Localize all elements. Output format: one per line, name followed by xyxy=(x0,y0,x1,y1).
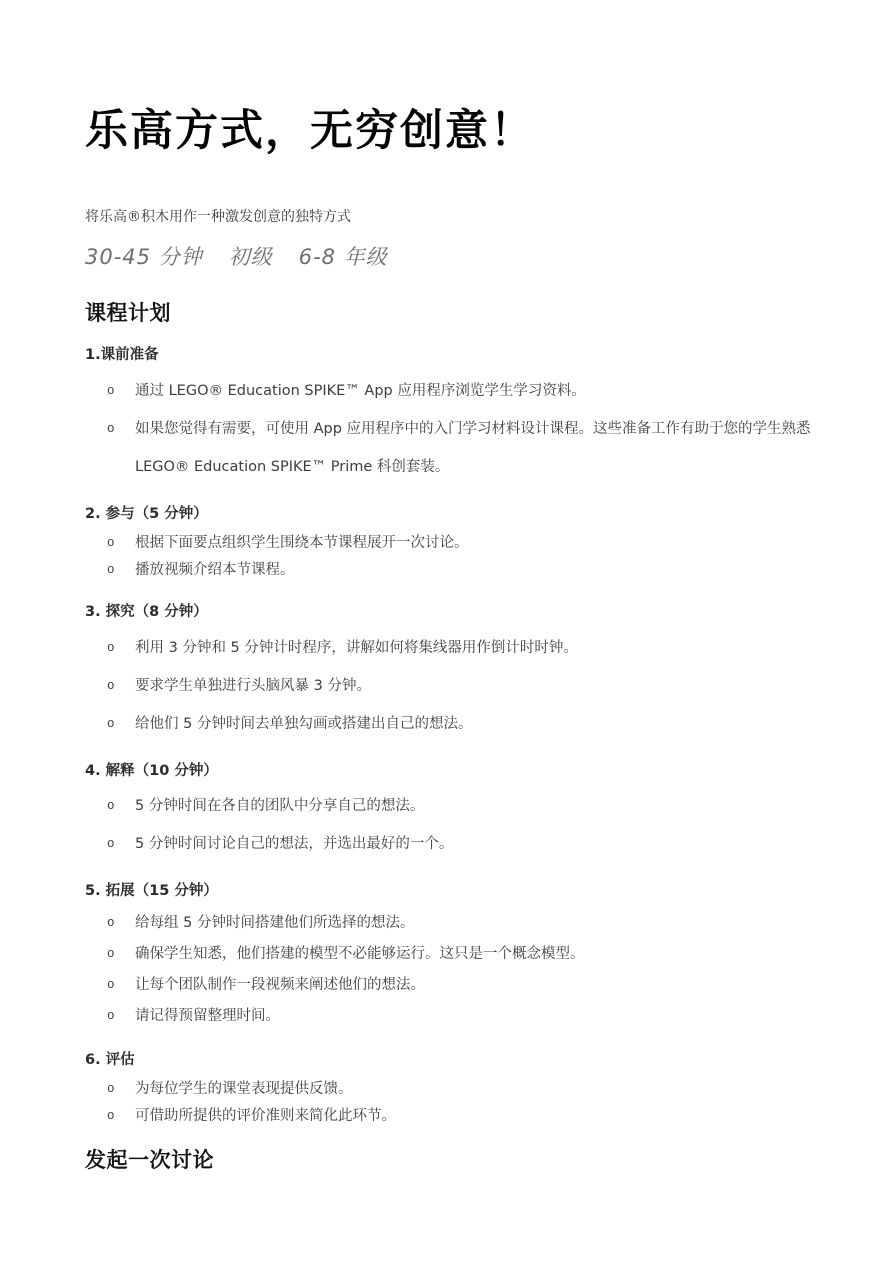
bullet-marker-icon: o xyxy=(85,372,135,410)
lesson-step: 4. 解释（10 分钟） o 5 分钟时间在各自的团队中分享自己的想法。 o 5… xyxy=(85,762,812,864)
bullet-marker-icon: o xyxy=(85,1001,135,1032)
bullet-text: 通过 LEGO® Education SPIKE™ App 应用程序浏览学生学习… xyxy=(135,372,812,410)
bullet-item: o 确保学生知悉，他们搭建的模型不必能够运行。这只是一个概念模型。 xyxy=(85,939,812,970)
discussion-heading: 发起一次讨论 xyxy=(85,1144,812,1174)
bullet-item: o 通过 LEGO® Education SPIKE™ App 应用程序浏览学生… xyxy=(85,372,812,410)
bullet-text: 要求学生单独进行头脑风暴 3 分钟。 xyxy=(135,667,812,705)
bullet-marker-icon: o xyxy=(85,705,135,743)
bullet-text: 播放视频介绍本节课程。 xyxy=(135,557,812,584)
lesson-plan-heading: 课程计划 xyxy=(85,297,812,327)
bullet-text: 为每位学生的课堂表现提供反馈。 xyxy=(135,1076,812,1103)
bullet-marker-icon: o xyxy=(85,825,135,863)
step-bullet-list: o 为每位学生的课堂表现提供反馈。 o 可借助所提供的评价准则来简化此环节。 xyxy=(85,1076,812,1130)
meta-level: 初级 xyxy=(229,241,273,271)
bullet-marker-icon: o xyxy=(85,530,135,557)
bullet-text: 5 分钟时间讨论自己的想法，并选出最好的一个。 xyxy=(135,825,812,863)
bullet-marker-icon: o xyxy=(85,787,135,825)
lesson-steps: 1.课前准备 o 通过 LEGO® Education SPIKE™ App 应… xyxy=(85,346,812,1130)
lesson-step: 2. 参与（5 分钟） o 根据下面要点组织学生围绕本节课程展开一次讨论。 o … xyxy=(85,505,812,585)
bullet-item: o 5 分钟时间讨论自己的想法，并选出最好的一个。 xyxy=(85,825,812,863)
lesson-step: 5. 拓展（15 分钟） o 给每组 5 分钟时间搭建他们所选择的想法。 o 确… xyxy=(85,882,812,1032)
lesson-step: 3. 探究（8 分钟） o 利用 3 分钟和 5 分钟计时程序，讲解如何将集线器… xyxy=(85,603,812,743)
bullet-text: 请记得预留整理时间。 xyxy=(135,1001,812,1032)
step-bullet-list: o 利用 3 分钟和 5 分钟计时程序，讲解如何将集线器用作倒计时时钟。 o 要… xyxy=(85,629,812,743)
bullet-text: 可借助所提供的评价准则来简化此环节。 xyxy=(135,1103,812,1130)
bullet-text: 利用 3 分钟和 5 分钟计时程序，讲解如何将集线器用作倒计时时钟。 xyxy=(135,629,812,667)
bullet-item: o 利用 3 分钟和 5 分钟计时程序，讲解如何将集线器用作倒计时时钟。 xyxy=(85,629,812,667)
document-page: 乐高方式，无穷创意！ 将乐高®积木用作一种激发创意的独特方式 30-45 分钟 … xyxy=(0,0,892,1263)
bullet-text: 给他们 5 分钟时间去单独勾画或搭建出自己的想法。 xyxy=(135,705,812,743)
step-label: 1.课前准备 xyxy=(85,346,812,366)
bullet-item: o 请记得预留整理时间。 xyxy=(85,1001,812,1032)
bullet-text: 确保学生知悉，他们搭建的模型不必能够运行。这只是一个概念模型。 xyxy=(135,939,812,970)
lesson-step: 1.课前准备 o 通过 LEGO® Education SPIKE™ App 应… xyxy=(85,346,812,486)
bullet-marker-icon: o xyxy=(85,557,135,584)
bullet-item: o 要求学生单独进行头脑风暴 3 分钟。 xyxy=(85,667,812,705)
bullet-item: o 给每组 5 分钟时间搭建他们所选择的想法。 xyxy=(85,908,812,939)
bullet-marker-icon: o xyxy=(85,629,135,667)
document-content: 乐高方式，无穷创意！ 将乐高®积木用作一种激发创意的独特方式 30-45 分钟 … xyxy=(0,0,892,1174)
step-label: 4. 解释（10 分钟） xyxy=(85,762,812,782)
step-label: 2. 参与（5 分钟） xyxy=(85,505,812,525)
meta-grade: 6-8 年级 xyxy=(299,241,388,271)
step-bullet-list: o 根据下面要点组织学生围绕本节课程展开一次讨论。 o 播放视频介绍本节课程。 xyxy=(85,530,812,584)
bullet-item: o 根据下面要点组织学生围绕本节课程展开一次讨论。 xyxy=(85,530,812,557)
step-bullet-list: o 给每组 5 分钟时间搭建他们所选择的想法。 o 确保学生知悉，他们搭建的模型… xyxy=(85,908,812,1032)
bullet-item: o 播放视频介绍本节课程。 xyxy=(85,557,812,584)
lesson-step: 6. 评估 o 为每位学生的课堂表现提供反馈。 o 可借助所提供的评价准则来简化… xyxy=(85,1051,812,1131)
bullet-text: 让每个团队制作一段视频来阐述他们的想法。 xyxy=(135,970,812,1001)
step-label: 6. 评估 xyxy=(85,1051,812,1071)
document-subtitle: 将乐高®积木用作一种激发创意的独特方式 xyxy=(85,208,812,226)
bullet-text: 根据下面要点组织学生围绕本节课程展开一次讨论。 xyxy=(135,530,812,557)
bullet-item: o 可借助所提供的评价准则来简化此环节。 xyxy=(85,1103,812,1130)
step-bullet-list: o 5 分钟时间在各自的团队中分享自己的想法。 o 5 分钟时间讨论自己的想法，… xyxy=(85,787,812,863)
document-title: 乐高方式，无穷创意！ xyxy=(85,0,812,160)
bullet-text: 给每组 5 分钟时间搭建他们所选择的想法。 xyxy=(135,908,812,939)
bullet-text: 如果您觉得有需要，可使用 App 应用程序中的入门学习材料设计课程。这些准备工作… xyxy=(135,410,812,486)
bullet-marker-icon: o xyxy=(85,410,135,448)
bullet-item: o 5 分钟时间在各自的团队中分享自己的想法。 xyxy=(85,787,812,825)
bullet-item: o 让每个团队制作一段视频来阐述他们的想法。 xyxy=(85,970,812,1001)
step-bullet-list: o 通过 LEGO® Education SPIKE™ App 应用程序浏览学生… xyxy=(85,372,812,486)
step-label: 5. 拓展（15 分钟） xyxy=(85,882,812,902)
step-label: 3. 探究（8 分钟） xyxy=(85,603,812,623)
bullet-marker-icon: o xyxy=(85,970,135,1001)
bullet-marker-icon: o xyxy=(85,908,135,939)
bullet-item: o 为每位学生的课堂表现提供反馈。 xyxy=(85,1076,812,1103)
bullet-item: o 如果您觉得有需要，可使用 App 应用程序中的入门学习材料设计课程。这些准备… xyxy=(85,410,812,486)
bullet-text: 5 分钟时间在各自的团队中分享自己的想法。 xyxy=(135,787,812,825)
bullet-item: o 给他们 5 分钟时间去单独勾画或搭建出自己的想法。 xyxy=(85,705,812,743)
lesson-meta-line: 30-45 分钟 初级 6-8 年级 xyxy=(85,241,812,271)
bullet-marker-icon: o xyxy=(85,939,135,970)
meta-duration: 30-45 分钟 xyxy=(85,241,203,271)
bullet-marker-icon: o xyxy=(85,667,135,705)
bullet-marker-icon: o xyxy=(85,1076,135,1103)
bullet-marker-icon: o xyxy=(85,1103,135,1130)
